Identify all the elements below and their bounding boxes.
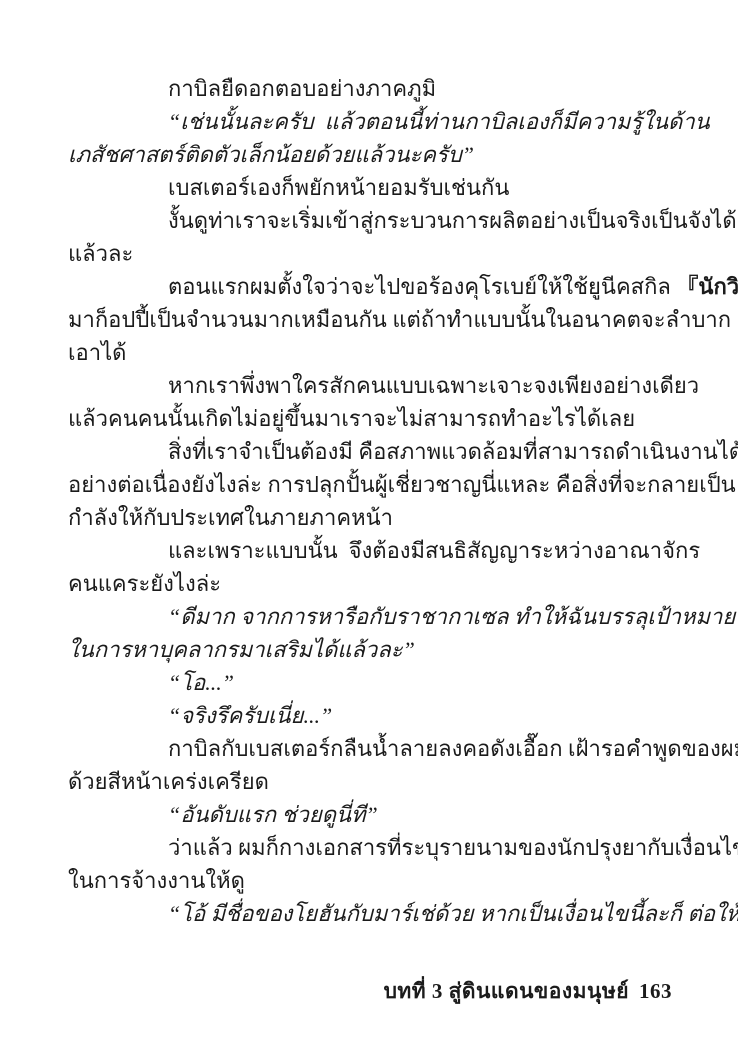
text-segment: กาบิลยืดอกตอบอย่างภาคภูมิ bbox=[168, 76, 436, 101]
text-segment: ว่าแล้ว ผมก็กางเอกสารที่ระบุรายนามของนัก… bbox=[168, 835, 738, 860]
text-segment: “อันดับแรก ช่วยดูนี่ที” bbox=[168, 802, 378, 827]
text-segment: งั้นดูท่าเราจะเริ่มเข้าสู่กระบวนการผลิตอ… bbox=[168, 208, 737, 233]
text-segment: “โอ...” bbox=[168, 670, 234, 695]
text-line: และเพราะแบบนั้น จึงต้องมีสนธิสัญญาระหว่า… bbox=[68, 534, 674, 567]
text-segment: ในการหาบุคลากรมาเสริมได้แล้วละ” bbox=[68, 637, 415, 662]
text-segment: กำลังให้กับประเทศในภายภาคหน้า bbox=[68, 505, 393, 530]
text-line: สิ่งที่เราจำเป็นต้องมี คือสภาพแวดล้อมที่… bbox=[68, 435, 674, 468]
text-line: แล้วละ bbox=[68, 237, 674, 270]
text-line: “โอ...” bbox=[68, 666, 674, 699]
text-line: กำลังให้กับประเทศในภายภาคหน้า bbox=[68, 501, 674, 534]
text-segment: “ดีมาก จากการหารือกับราชากาเซล ทำให้ฉันบ… bbox=[168, 604, 735, 629]
text-line: “เช่นนั้นละครับ แล้วตอนนี้ท่านกาบิลเองก็… bbox=[68, 105, 674, 138]
text-segment: หากเราพึ่งพาใครสักคนแบบเฉพาะเจาะจงเพียงอ… bbox=[168, 373, 699, 398]
text-segment: เอาได้ bbox=[68, 340, 126, 365]
text-line: แล้วคนคนนั้นเกิดไม่อยู่ขึ้นมาเราจะไม่สาม… bbox=[68, 402, 674, 435]
text-segment: แล้วละ bbox=[68, 241, 133, 266]
text-line: ในการจ้างงานให้ดู bbox=[68, 864, 674, 897]
text-line: กาบิลยืดอกตอบอย่างภาคภูมิ bbox=[68, 72, 674, 105]
text-line: ว่าแล้ว ผมก็กางเอกสารที่ระบุรายนามของนัก… bbox=[68, 831, 674, 864]
text-line: เภสัชศาสตร์ติดตัวเล็กน้อยด้วยแล้วนะครับ” bbox=[68, 138, 674, 171]
book-page: กาบิลยืดอกตอบอย่างภาคภูมิ“เช่นนั้นละครับ… bbox=[0, 0, 738, 1051]
text-line: “จริงรึครับเนี่ย...” bbox=[68, 699, 674, 732]
text-segment: ตอนแรกผมตั้งใจว่าจะไปขอร้องคุโรเบย์ให้ใช… bbox=[168, 274, 676, 299]
text-line: ในการหาบุคลากรมาเสริมได้แล้วละ” bbox=[68, 633, 674, 666]
text-line: หากเราพึ่งพาใครสักคนแบบเฉพาะเจาะจงเพียงอ… bbox=[68, 369, 674, 402]
text-segment: “จริงรึครับเนี่ย...” bbox=[168, 703, 332, 728]
text-line: เบสเตอร์เองก็พยักหน้ายอมรับเช่นกัน bbox=[68, 171, 674, 204]
text-line: ตอนแรกผมตั้งใจว่าจะไปขอร้องคุโรเบย์ให้ใช… bbox=[68, 270, 674, 303]
text-line: “ดีมาก จากการหารือกับราชากาเซล ทำให้ฉันบ… bbox=[68, 600, 674, 633]
text-segment: เภสัชศาสตร์ติดตัวเล็กน้อยด้วยแล้วนะครับ” bbox=[68, 142, 474, 167]
text-segment: มาก็อปปี้เป็นจำนวนมากเหมือนกัน แต่ถ้าทำแ… bbox=[68, 307, 731, 332]
unique-skill-name: 『นักวิจัย』 bbox=[676, 274, 738, 299]
text-segment: ในการจ้างงานให้ดู bbox=[68, 868, 245, 893]
text-line: กาบิลกับเบสเตอร์กลืนน้ำลายลงคอดังเอื๊อก … bbox=[68, 732, 674, 765]
chapter-title: บทที่ 3 สู่ดินแดนของมนุษย์ bbox=[384, 979, 629, 1003]
text-line: งั้นดูท่าเราจะเริ่มเข้าสู่กระบวนการผลิตอ… bbox=[68, 204, 674, 237]
text-line: “อันดับแรก ช่วยดูนี่ที” bbox=[68, 798, 674, 831]
text-line: อย่างต่อเนื่องยังไงล่ะ การปลุกปั้นผู้เชี… bbox=[68, 468, 674, 501]
text-line: ด้วยสีหน้าเคร่งเครียด bbox=[68, 765, 674, 798]
text-segment: เบสเตอร์เองก็พยักหน้ายอมรับเช่นกัน bbox=[168, 175, 509, 200]
text-segment: และเพราะแบบนั้น จึงต้องมีสนธิสัญญาระหว่า… bbox=[168, 538, 700, 563]
text-segment: อย่างต่อเนื่องยังไงล่ะ การปลุกปั้นผู้เชี… bbox=[68, 472, 736, 497]
text-line: มาก็อปปี้เป็นจำนวนมากเหมือนกัน แต่ถ้าทำแ… bbox=[68, 303, 674, 336]
text-segment: สิ่งที่เราจำเป็นต้องมี คือสภาพแวดล้อมที่… bbox=[168, 439, 738, 464]
text-segment: ด้วยสีหน้าเคร่งเครียด bbox=[68, 769, 269, 794]
text-segment: กาบิลกับเบสเตอร์กลืนน้ำลายลงคอดังเอื๊อก … bbox=[168, 736, 738, 761]
text-segment: คนแคระยังไงล่ะ bbox=[68, 571, 221, 596]
text-segment: “เช่นนั้นละครับ แล้วตอนนี้ท่านกาบิลเองก็… bbox=[168, 109, 710, 134]
text-line: “โอ้ มีชื่อของโยฮันกับมาร์เช่ด้วย หากเป็… bbox=[68, 897, 674, 930]
text-line: คนแคระยังไงล่ะ bbox=[68, 567, 674, 600]
page-footer: บทที่ 3 สู่ดินแดนของมนุษย์163 bbox=[361, 950, 672, 1033]
body-text: กาบิลยืดอกตอบอย่างภาคภูมิ“เช่นนั้นละครับ… bbox=[68, 72, 674, 930]
page-number: 163 bbox=[639, 979, 672, 1003]
text-line: เอาได้ bbox=[68, 336, 674, 369]
text-segment: แล้วคนคนนั้นเกิดไม่อยู่ขึ้นมาเราจะไม่สาม… bbox=[68, 406, 635, 431]
text-segment: “โอ้ มีชื่อของโยฮันกับมาร์เช่ด้วย หากเป็… bbox=[168, 901, 738, 926]
